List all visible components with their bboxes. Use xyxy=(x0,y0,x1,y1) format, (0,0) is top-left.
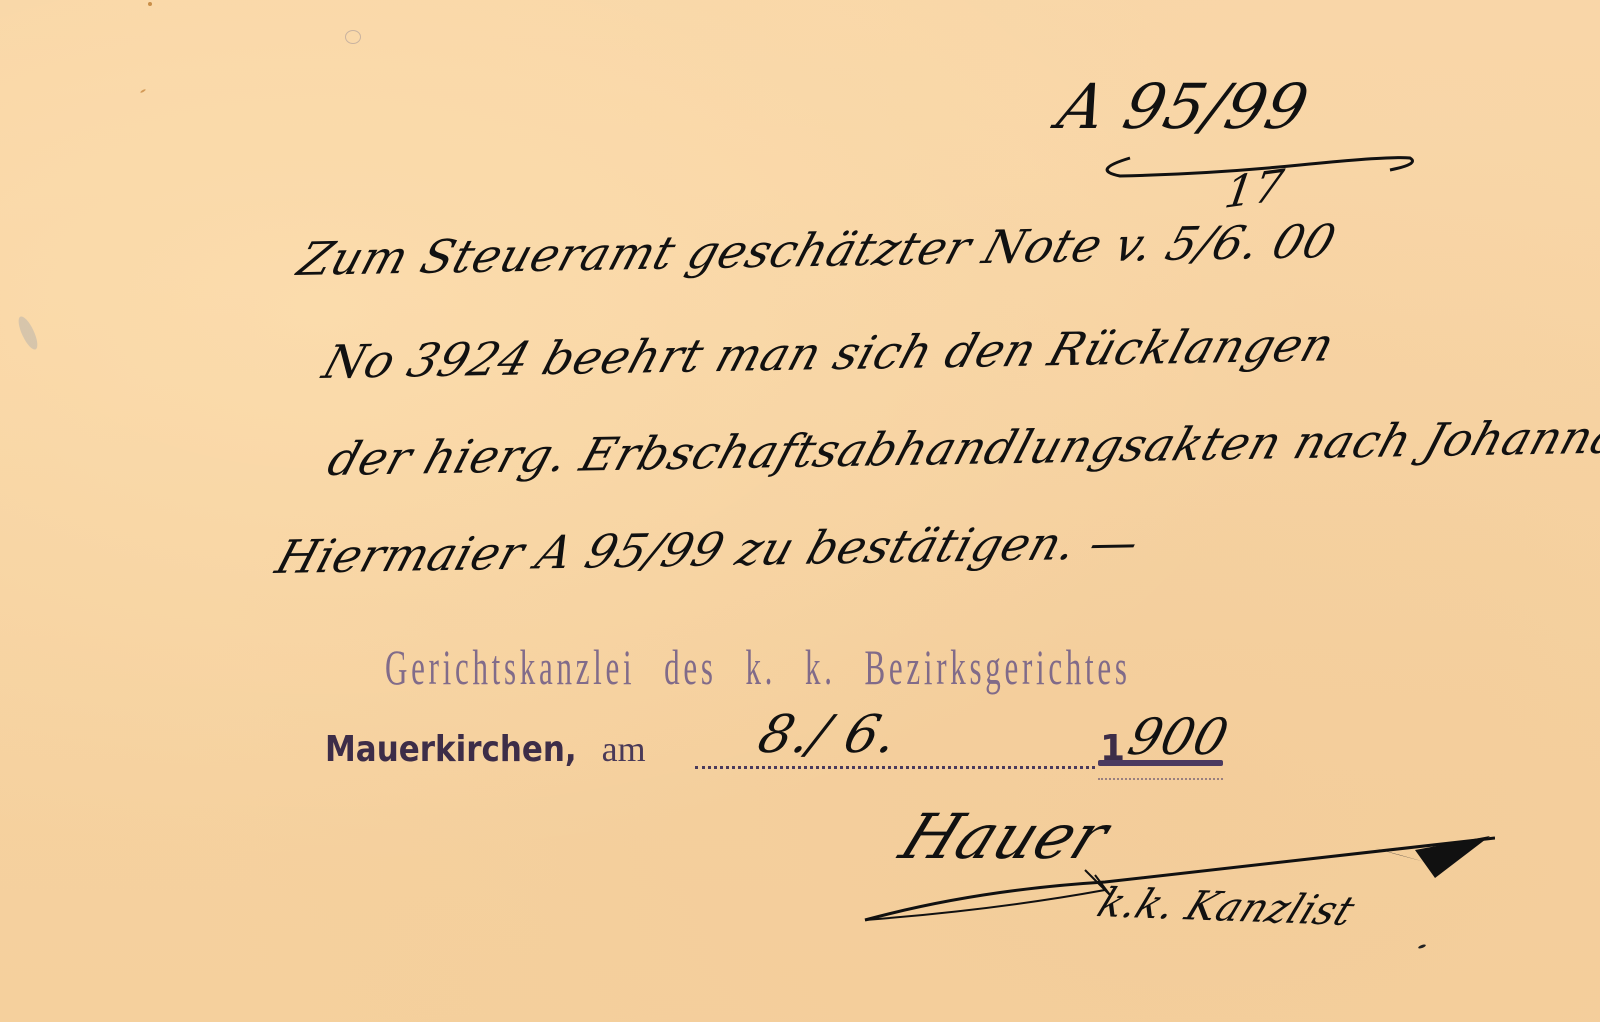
body-line-2: No 3924 beehrt man sich den Rücklangen xyxy=(317,318,1342,389)
body-line-4: Hiermaier A 95/99 zu bestätigen. — xyxy=(270,515,1146,584)
paper-speck xyxy=(15,314,41,352)
superscript-number: 17 xyxy=(1221,160,1287,218)
date-am-label: am xyxy=(602,728,646,770)
date-dotted-line xyxy=(695,766,1095,769)
court-stamp-line: Gerichtskanzlei des k. k. Bezirksgericht… xyxy=(385,638,1131,696)
body-line-1: Zum Steueramt geschätzter Note v. 5/6. 0… xyxy=(292,214,1343,286)
handwritten-year: 900 xyxy=(1122,708,1234,766)
paper-speck xyxy=(345,30,361,44)
place-stamp-row: Mauerkirchen, am xyxy=(325,728,646,770)
body-line-3: der hierg. Erbschaftsabhandlungsakten na… xyxy=(322,410,1600,486)
reference-number: A 95/99 xyxy=(1051,70,1316,143)
place-stamp: Mauerkirchen, xyxy=(325,729,577,770)
year-stamp-shadow xyxy=(1098,776,1223,780)
paper-speck xyxy=(140,89,146,94)
signature-title: k.k. Kanzlist xyxy=(1091,880,1362,935)
handwritten-date: 8./ 6. xyxy=(752,705,904,765)
document-page: A 95/99 17 Zum Steueramt geschätzter Not… xyxy=(0,0,1600,1022)
paper-speck xyxy=(1418,944,1427,950)
paper-speck xyxy=(148,2,152,6)
